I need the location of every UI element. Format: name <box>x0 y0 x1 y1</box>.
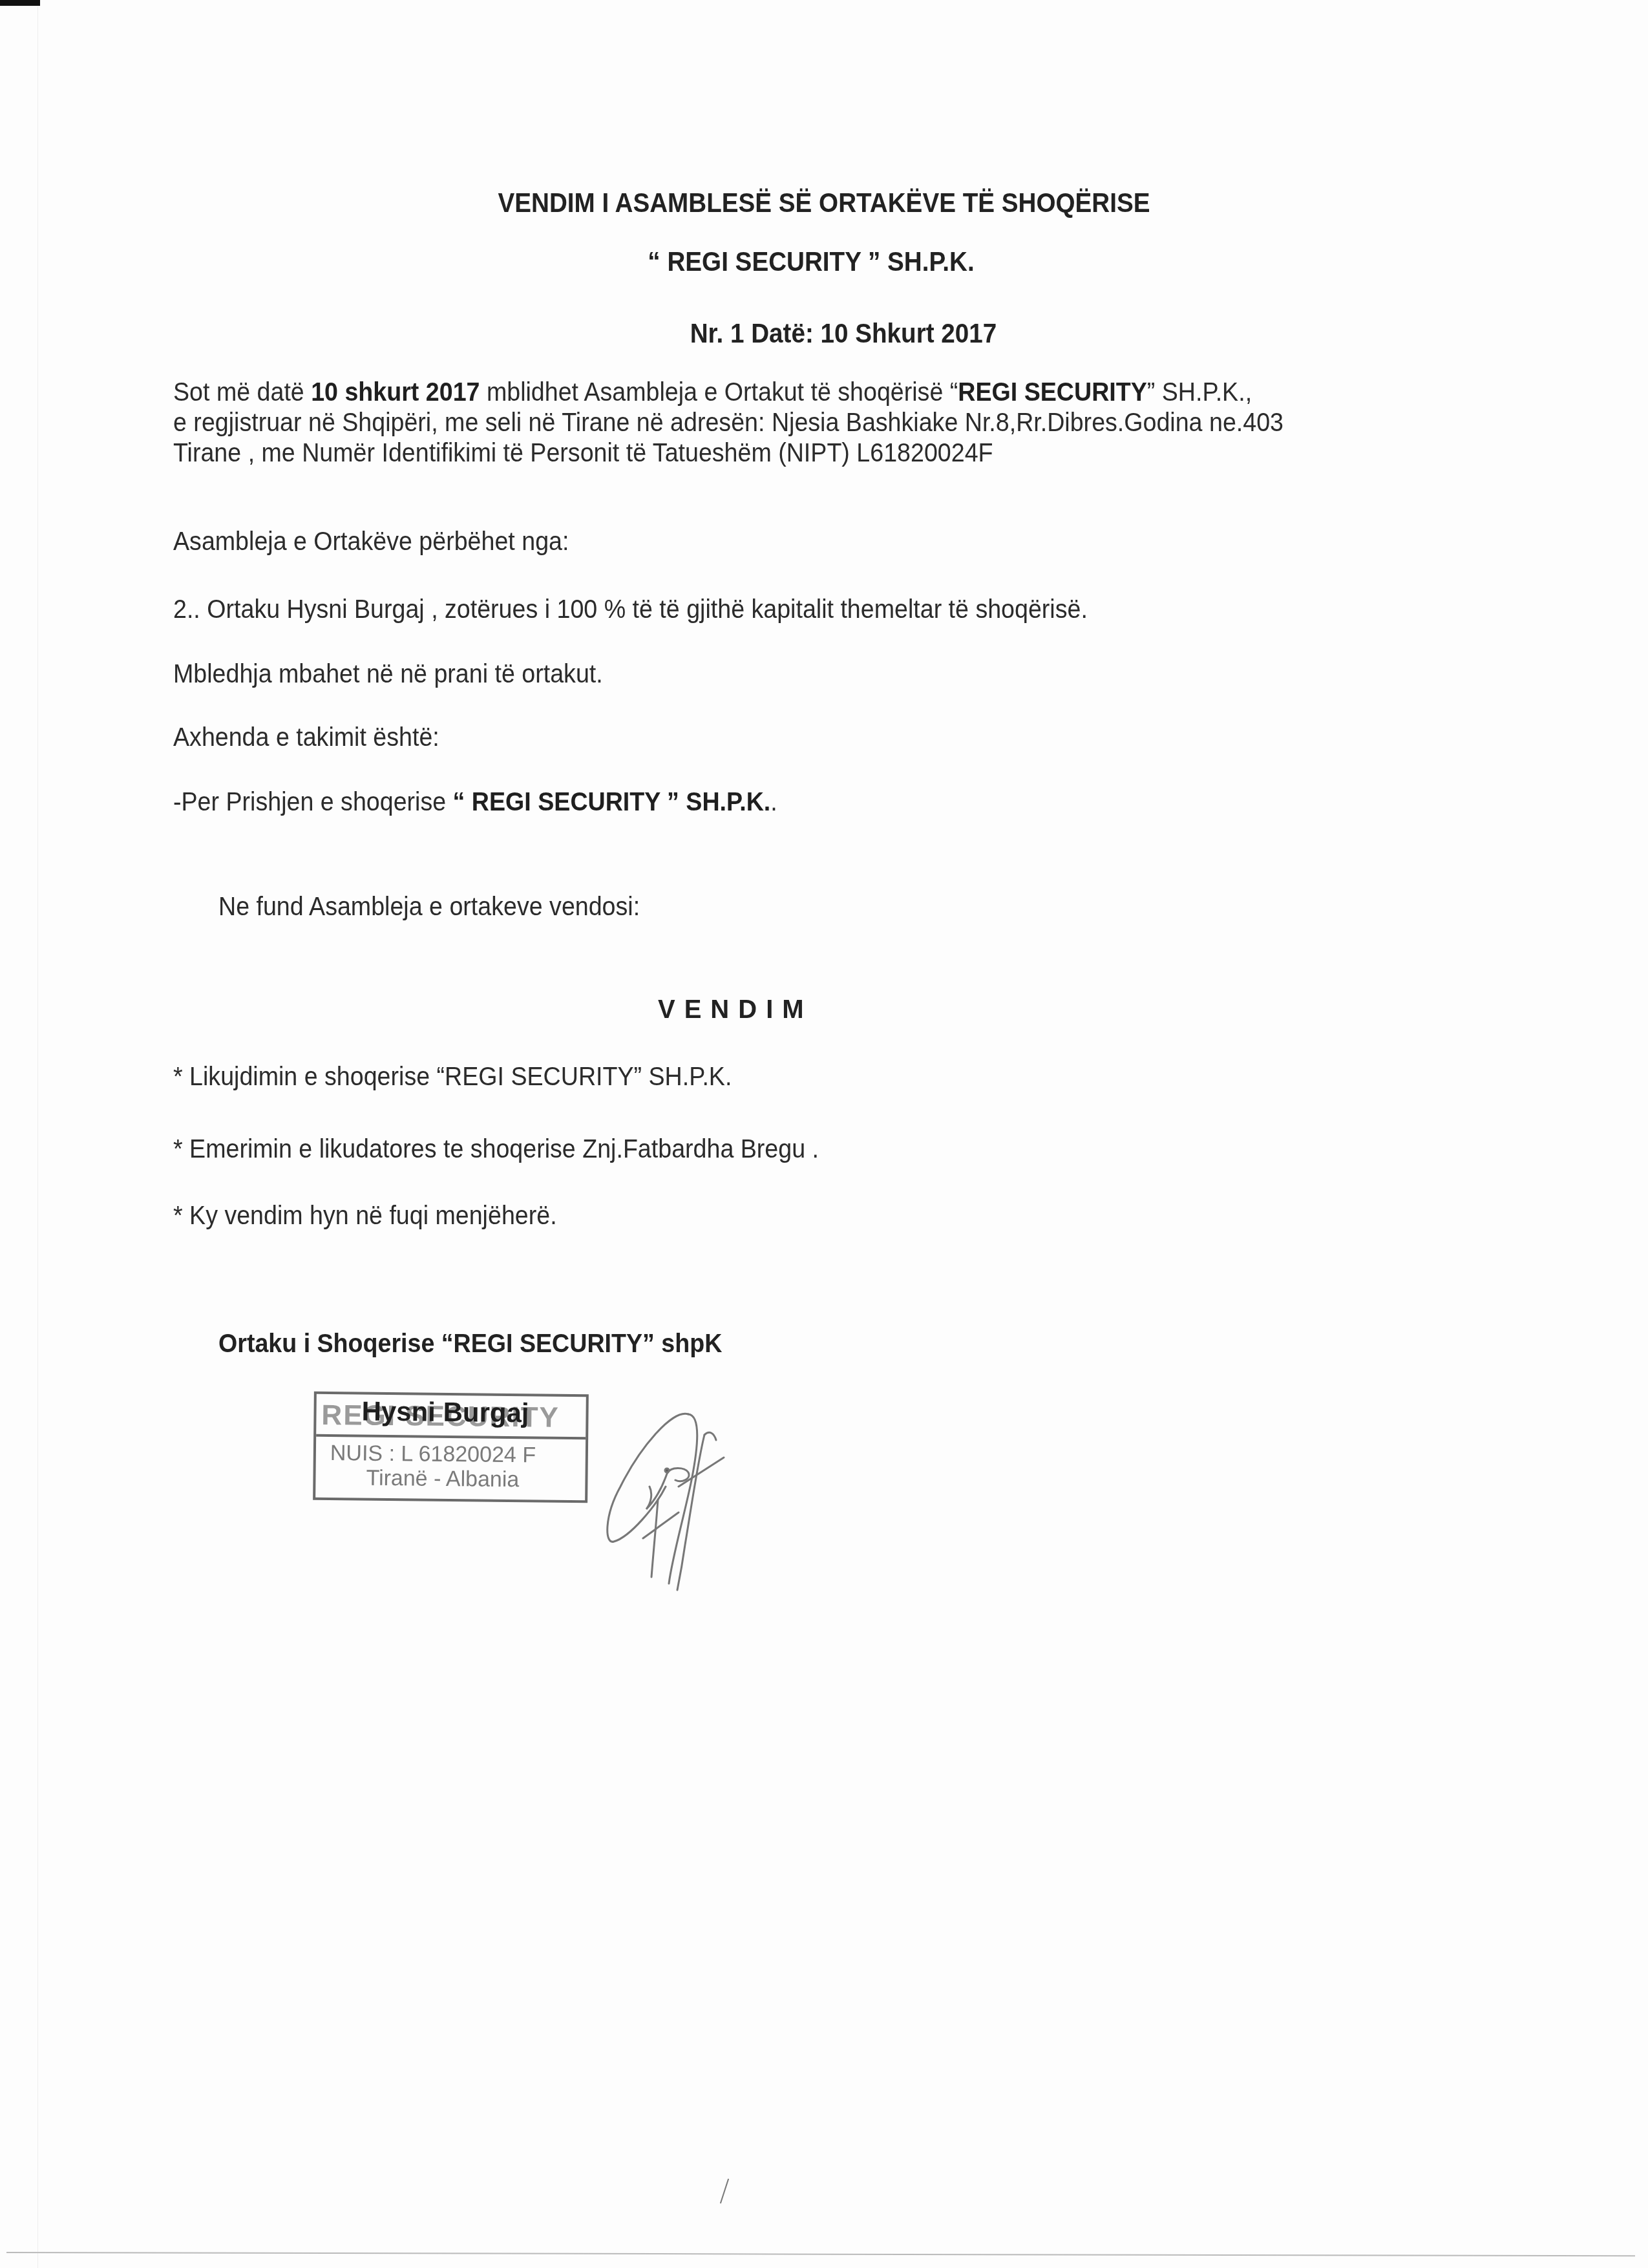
decision-number-date: Nr. 1 Datë: 10 Shkurt 2017 <box>85 318 1601 349</box>
stamp-nuis: NUIS : L 61820024 F <box>330 1441 536 1468</box>
decision-item: * Ky vendim hyn në fuqi menjëherë. <box>173 1201 557 1231</box>
meeting-statement: Mbledhja mbahet në në prani të ortakut. <box>173 659 603 690</box>
decision-item: * Likujdimin e shoqerise “REGI SECURITY”… <box>173 1062 732 1092</box>
handwritten-signature-icon <box>595 1390 763 1603</box>
intro-line-2: e regjistruar në Shqipëri, me seli në Ti… <box>173 408 1284 438</box>
decision-item: * Emerimin e likudatores te shoqerise Zn… <box>173 1134 819 1165</box>
page-bottom-edge <box>6 2252 1635 2256</box>
agenda-item: -Per Prishjen e shoqerise “ REGI SECURIT… <box>173 787 777 818</box>
company-name: REGI SECURITY <box>958 378 1146 407</box>
stamp-city: Tiranë - Albania <box>366 1466 519 1492</box>
agenda-label: Axhenda e takimit është: <box>173 723 439 753</box>
company-stamp: REGI SECURITY Hysni Burgaj NUIS : L 6182… <box>313 1392 589 1503</box>
intro-line-3: Tirane , me Numër Identifikimi të Person… <box>173 438 1284 469</box>
stamp-partner-name: Hysni Burgaj <box>361 1396 529 1429</box>
final-decision-intro: Ne fund Asambleja e ortakeve vendosi: <box>218 892 640 922</box>
signature-label: Ortaku i Shoqerise “REGI SECURITY” shpK <box>218 1330 722 1359</box>
partner-statement: 2.. Ortaku Hysni Burgaj , zotërues i 100… <box>173 595 1088 625</box>
company-name-heading: “ REGI SECURITY ” SH.P.K. <box>53 246 1569 277</box>
stray-pen-mark <box>720 2179 729 2204</box>
decision-title: VENDIM <box>658 995 813 1024</box>
assembly-composition: Asambleja e Ortakëve përbëhet nga: <box>173 527 569 557</box>
scan-artifact-mark <box>0 0 40 6</box>
intro-line-1: Sot më datë 10 shkurt 2017 mblidhet Asam… <box>173 377 1284 408</box>
page-edge <box>37 6 38 2268</box>
meeting-date: 10 shkurt 2017 <box>311 378 480 407</box>
stamp-top-section: REGI SECURITY Hysni Burgaj <box>316 1394 586 1439</box>
intro-paragraph: Sot më datë 10 shkurt 2017 mblidhet Asam… <box>173 377 1284 469</box>
document-title: VENDIM I ASAMBLESË SË ORTAKËVE TË SHOQËR… <box>66 187 1582 218</box>
